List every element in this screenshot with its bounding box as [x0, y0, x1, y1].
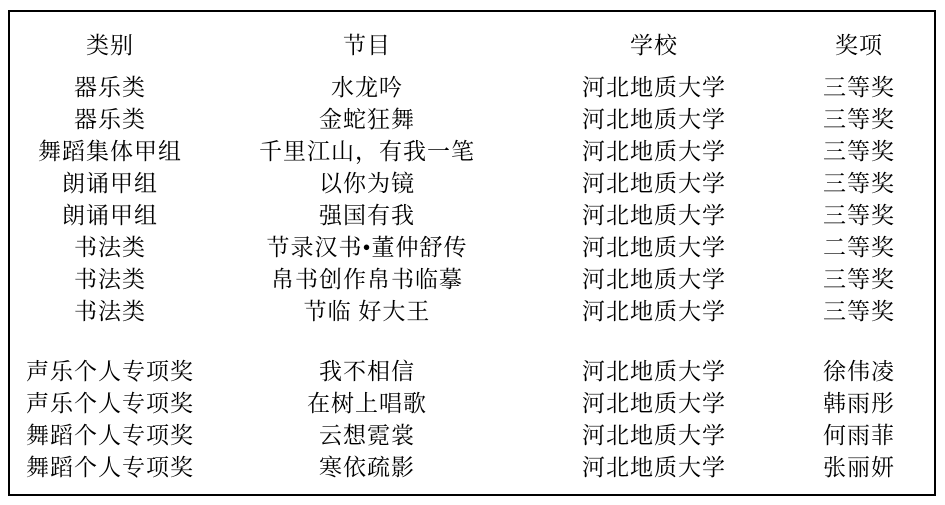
cell-award: 三等奖 [784, 136, 934, 168]
table-row: 器乐类 金蛇狂舞 河北地质大学 三等奖 [10, 104, 934, 136]
cell-school: 河北地质大学 [524, 136, 784, 168]
cell-program: 千里江山，有我一笔 [210, 136, 524, 168]
cell-award: 三等奖 [784, 296, 934, 328]
cell-award: 何雨菲 [784, 420, 934, 452]
cell-category: 书法类 [10, 232, 210, 264]
cell-category: 声乐个人专项奖 [10, 388, 210, 420]
cell-award: 三等奖 [784, 168, 934, 200]
cell-award: 徐伟凌 [784, 356, 934, 388]
cell-school: 河北地质大学 [524, 296, 784, 328]
awards-table: 类别 节目 学校 奖项 器乐类 水龙吟 河北地质大学 三等奖 器乐类 金蛇狂舞 … [8, 10, 936, 496]
cell-school: 河北地质大学 [524, 356, 784, 388]
cell-category: 声乐个人专项奖 [10, 356, 210, 388]
cell-school: 河北地质大学 [524, 104, 784, 136]
cell-program: 云想霓裳 [210, 420, 524, 452]
column-header-award: 奖项 [784, 30, 934, 60]
cell-school: 河北地质大学 [524, 388, 784, 420]
column-header-school: 学校 [524, 30, 784, 60]
column-header-category: 类别 [10, 30, 210, 60]
cell-category: 舞蹈个人专项奖 [10, 420, 210, 452]
cell-award: 三等奖 [784, 104, 934, 136]
group-separator [10, 328, 934, 356]
cell-award: 三等奖 [784, 264, 934, 296]
table-row: 朗诵甲组 强国有我 河北地质大学 三等奖 [10, 200, 934, 232]
table-row: 书法类 节录汉书•董仲舒传 河北地质大学 二等奖 [10, 232, 934, 264]
cell-category: 器乐类 [10, 104, 210, 136]
cell-program: 强国有我 [210, 200, 524, 232]
cell-category: 舞蹈个人专项奖 [10, 452, 210, 484]
cell-program: 金蛇狂舞 [210, 104, 524, 136]
table-row: 书法类 帛书创作帛书临摹 河北地质大学 三等奖 [10, 264, 934, 296]
table-row: 声乐个人专项奖 我不相信 河北地质大学 徐伟凌 [10, 356, 934, 388]
cell-category: 书法类 [10, 296, 210, 328]
table-row: 舞蹈个人专项奖 寒依疏影 河北地质大学 张丽妍 [10, 452, 934, 484]
cell-program: 以你为镜 [210, 168, 524, 200]
cell-award: 二等奖 [784, 232, 934, 264]
cell-program: 节临 好大王 [210, 296, 524, 328]
cell-school: 河北地质大学 [524, 264, 784, 296]
table-row: 舞蹈集体甲组 千里江山，有我一笔 河北地质大学 三等奖 [10, 136, 934, 168]
cell-school: 河北地质大学 [524, 420, 784, 452]
cell-school: 河北地质大学 [524, 168, 784, 200]
column-header-program: 节目 [210, 30, 524, 60]
cell-category: 朗诵甲组 [10, 168, 210, 200]
header-spacer [10, 60, 934, 72]
cell-program: 寒依疏影 [210, 452, 524, 484]
table-row: 舞蹈个人专项奖 云想霓裳 河北地质大学 何雨菲 [10, 420, 934, 452]
table-row: 朗诵甲组 以你为镜 河北地质大学 三等奖 [10, 168, 934, 200]
cell-category: 舞蹈集体甲组 [10, 136, 210, 168]
cell-program: 水龙吟 [210, 72, 524, 104]
cell-award: 韩雨彤 [784, 388, 934, 420]
table-row: 声乐个人专项奖 在树上唱歌 河北地质大学 韩雨彤 [10, 388, 934, 420]
cell-program: 我不相信 [210, 356, 524, 388]
table-header-row: 类别 节目 学校 奖项 [10, 30, 934, 60]
table-row: 器乐类 水龙吟 河北地质大学 三等奖 [10, 72, 934, 104]
cell-program: 在树上唱歌 [210, 388, 524, 420]
cell-award: 三等奖 [784, 72, 934, 104]
cell-program: 节录汉书•董仲舒传 [210, 232, 524, 264]
cell-school: 河北地质大学 [524, 72, 784, 104]
cell-category: 朗诵甲组 [10, 200, 210, 232]
cell-category: 书法类 [10, 264, 210, 296]
cell-school: 河北地质大学 [524, 452, 784, 484]
cell-program: 帛书创作帛书临摹 [210, 264, 524, 296]
table-row: 书法类 节临 好大王 河北地质大学 三等奖 [10, 296, 934, 328]
cell-award: 张丽妍 [784, 452, 934, 484]
cell-award: 三等奖 [784, 200, 934, 232]
cell-school: 河北地质大学 [524, 232, 784, 264]
cell-school: 河北地质大学 [524, 200, 784, 232]
cell-category: 器乐类 [10, 72, 210, 104]
